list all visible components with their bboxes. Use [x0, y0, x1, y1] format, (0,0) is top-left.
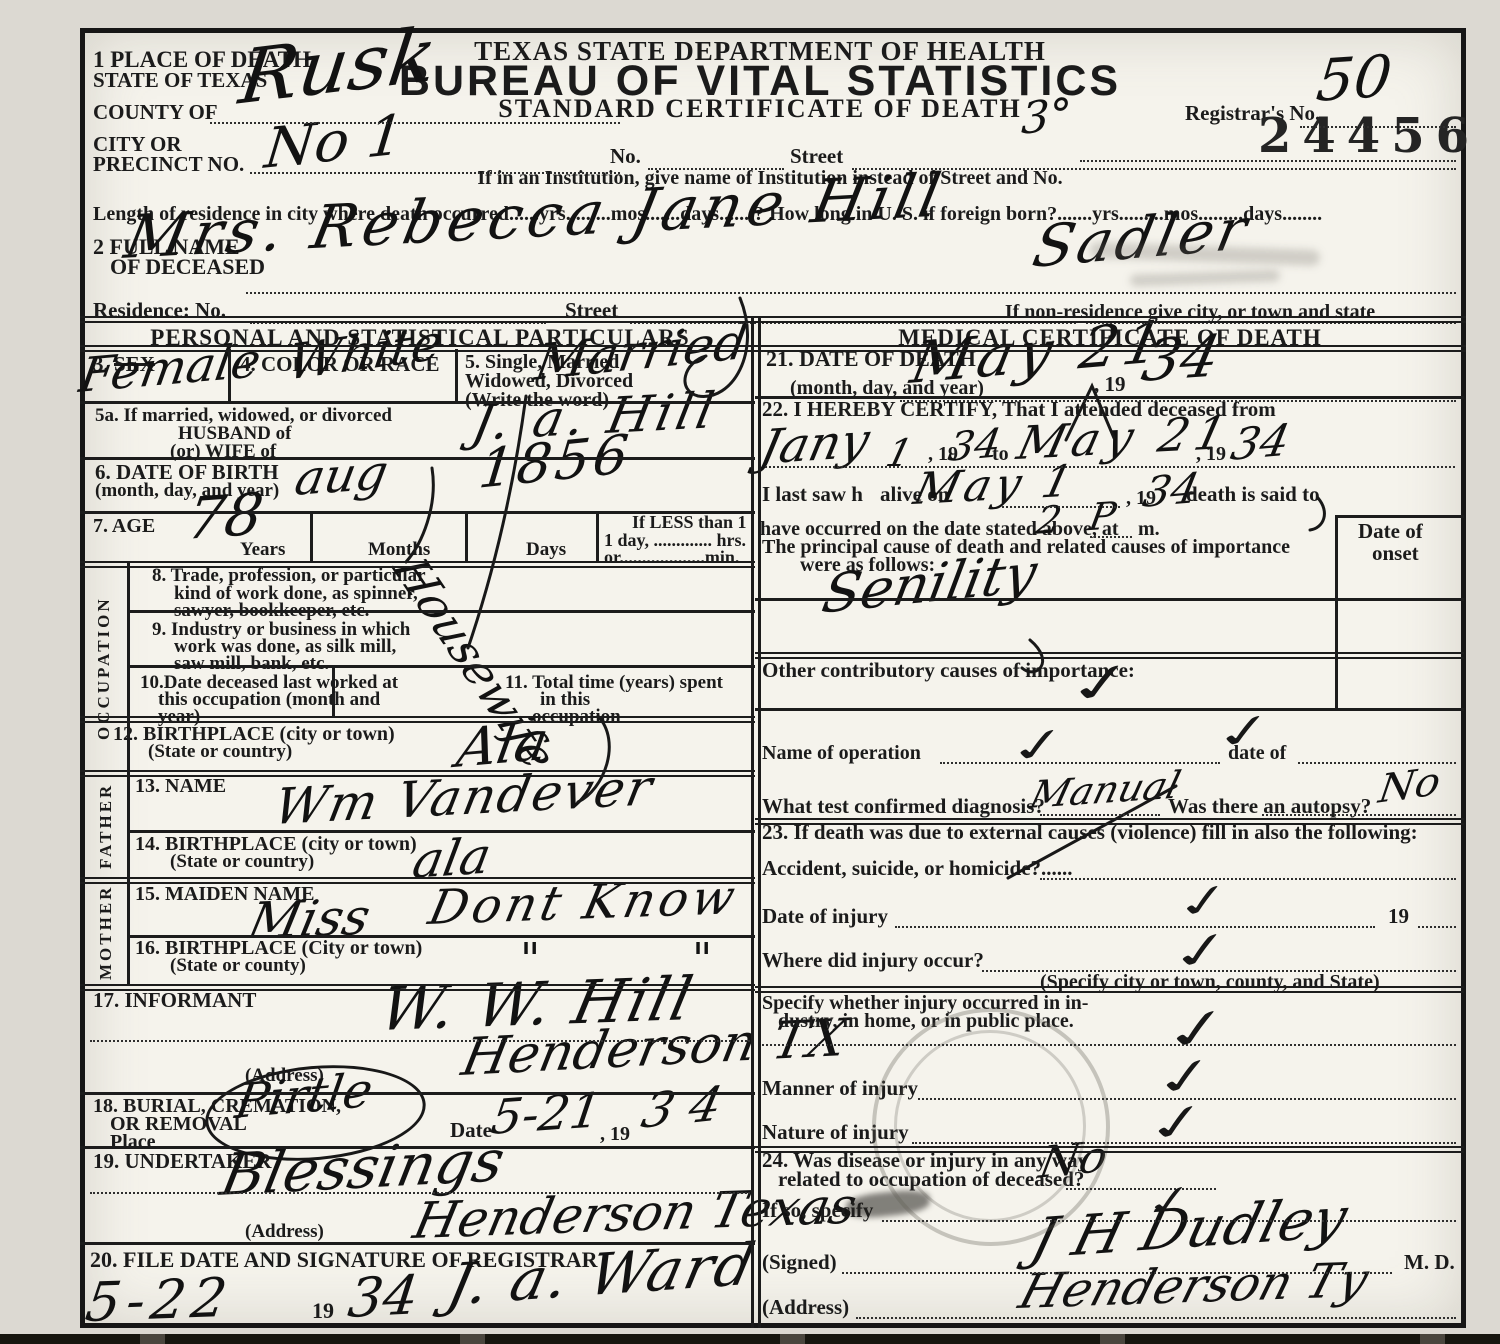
page-mark-handwriting: 3°: [1020, 93, 1072, 142]
rule-line: [755, 598, 1464, 601]
fill-in-line: [895, 926, 1375, 928]
fill-in-line: [246, 292, 1456, 294]
rule-line: [80, 401, 755, 404]
lastsaw-label-4: death is said to: [1186, 484, 1320, 505]
rule-line: [80, 511, 755, 514]
lastsaw-label-1: I last saw h: [762, 484, 863, 505]
precinct-value-handwriting: No 1: [262, 108, 406, 178]
rule-line: [80, 1146, 755, 1149]
age-days-label: Days: [526, 540, 566, 559]
street-label: Street: [790, 146, 843, 167]
rule-line: [80, 877, 755, 884]
attended-from-month: Jany: [756, 417, 874, 472]
row13-label: 13. NAME: [135, 776, 226, 796]
fill-in-line: [1080, 160, 1456, 162]
fill-in-line: [648, 168, 784, 170]
fill-in-line: [1298, 762, 1456, 764]
row9-label-3: saw mill, bank, etc.: [174, 654, 329, 673]
rule-line-vertical: [310, 511, 313, 563]
death-year-prefix: , 19: [1094, 374, 1126, 395]
age-label: 7. AGE: [93, 516, 155, 536]
scan-edge-band: [0, 1334, 1500, 1344]
injury-date-label: Date of injury: [762, 906, 888, 927]
fill-in-line: [210, 122, 620, 124]
file-year-handwriting: 34: [345, 1268, 421, 1326]
physician-address-handwriting: Henderson Ty: [1014, 1256, 1374, 1316]
rule-line: [755, 818, 1464, 825]
occupation-side-label: OCCUPATION: [94, 572, 114, 764]
row16-label-2: (State or county): [170, 956, 306, 975]
occurred-time-handwriting: 2 P: [1033, 496, 1127, 540]
fill-in-line: [1040, 814, 1160, 816]
operation-label: Name of operation: [762, 743, 921, 763]
rule-line-vertical: [758, 318, 761, 1328]
death-year-handwriting: 34: [1137, 327, 1225, 390]
rule-line-vertical: [455, 349, 458, 401]
rule-line-vertical: [751, 318, 754, 1328]
no-label: No.: [610, 146, 641, 167]
row23-label: 23. If death was due to external causes …: [762, 822, 1418, 843]
row14-label-2: (State or country): [170, 852, 314, 871]
header-standard: STANDARD CERTIFICATE OF DEATH: [460, 96, 1060, 122]
death-certificate-scan: TEXAS STATE DEPARTMENT OF HEALTH BUREAU …: [0, 0, 1500, 1344]
city-label-2: PRECINCT NO.: [93, 154, 244, 175]
date-stamp-inner: [894, 1030, 1086, 1222]
rule-line: [127, 830, 755, 833]
rule-line: [755, 396, 1464, 399]
burial-year-handwriting: 3 4: [638, 1080, 727, 1136]
fill-in-line: [1002, 506, 1120, 508]
md-label: M. D.: [1404, 1252, 1455, 1273]
rule-line: [80, 984, 755, 991]
rule-line-vertical: [127, 770, 130, 877]
mother-side-label: MOTHER: [96, 892, 116, 980]
father-side-label: FATHER: [96, 782, 116, 870]
rule-line-vertical: [1335, 515, 1338, 710]
fill-in-line: [842, 1272, 1392, 1274]
rule-line-vertical: [228, 349, 231, 401]
injury-date-19: 19: [1388, 906, 1409, 927]
rule-line-vertical: [332, 665, 335, 716]
fill-in-line: [856, 1317, 1456, 1319]
fill-in-line: [250, 172, 620, 174]
fill-in-line: [1040, 878, 1456, 880]
county-label: COUNTY OF: [93, 102, 218, 123]
rule-line-vertical: [596, 511, 599, 563]
fill-in-line: [1262, 814, 1456, 816]
file-year-prefix: 19: [312, 1300, 334, 1322]
test-value-handwriting: Manual: [1026, 766, 1184, 814]
rule-line: [127, 935, 755, 938]
rule-line: [80, 716, 755, 723]
where-injury-label: Where did injury occur?: [762, 950, 984, 971]
signed-label: (Signed): [762, 1252, 837, 1273]
onset-label-1: Date of: [1358, 521, 1423, 542]
accident-label: Accident, suicide, or homicide?......: [762, 858, 1073, 879]
rule-line: [80, 457, 755, 460]
fill-in-line: [940, 762, 1220, 764]
rule-line: [127, 610, 755, 613]
rule-line-vertical: [465, 511, 468, 563]
rule-line: [755, 1146, 1464, 1153]
rule-line-vertical: [127, 877, 130, 984]
rule-line: [80, 1092, 755, 1095]
fill-in-line: [852, 168, 1456, 170]
rule-line: [80, 561, 755, 568]
fill-in-line: [765, 466, 1455, 468]
fill-in-line: [762, 1044, 1456, 1046]
age-years-label: Years: [240, 540, 285, 559]
registrar-no-value: 50: [1314, 47, 1395, 110]
autopsy-value-handwriting: No: [1376, 762, 1443, 810]
undertaker-address-label: (Address): [245, 1222, 324, 1241]
row11-label-1: 11. Total time (years) spent: [505, 673, 723, 692]
rule-line-vertical: [127, 561, 130, 771]
certificate-number-stamp: 24456: [1258, 112, 1480, 160]
rule-line: [1335, 515, 1464, 518]
rule-line: [755, 986, 1464, 993]
attended-to-year: 34: [1227, 419, 1293, 468]
test-label: What test confirmed diagnosis?: [762, 796, 1045, 817]
physician-address-label: (Address): [762, 1297, 849, 1318]
age-less-label-1: If LESS than 1: [632, 513, 747, 531]
fill-in-line: [90, 1040, 750, 1042]
rule-line: [80, 345, 1466, 352]
rule-line: [80, 770, 755, 777]
birthdate-year-handwriting: 1856: [476, 427, 634, 496]
row12-label-2: (State or country): [148, 742, 292, 761]
rule-line: [80, 1242, 755, 1245]
rule-line: [127, 665, 755, 668]
fill-in-line: [90, 1192, 750, 1194]
fill-in-line: [900, 400, 1456, 402]
row17-label: 17. INFORMANT: [93, 990, 256, 1011]
burial-year-prefix: , 19: [600, 1124, 630, 1144]
to-year-prefix: , 19: [1196, 444, 1226, 464]
onset-label-2: onset: [1372, 543, 1419, 564]
file-date-handwriting: 5-22: [82, 1271, 236, 1330]
fill-in-line: [1418, 926, 1456, 928]
rule-line: [80, 316, 1466, 323]
fill-in-line: [1090, 536, 1132, 538]
fill-in-line: [1300, 126, 1456, 128]
